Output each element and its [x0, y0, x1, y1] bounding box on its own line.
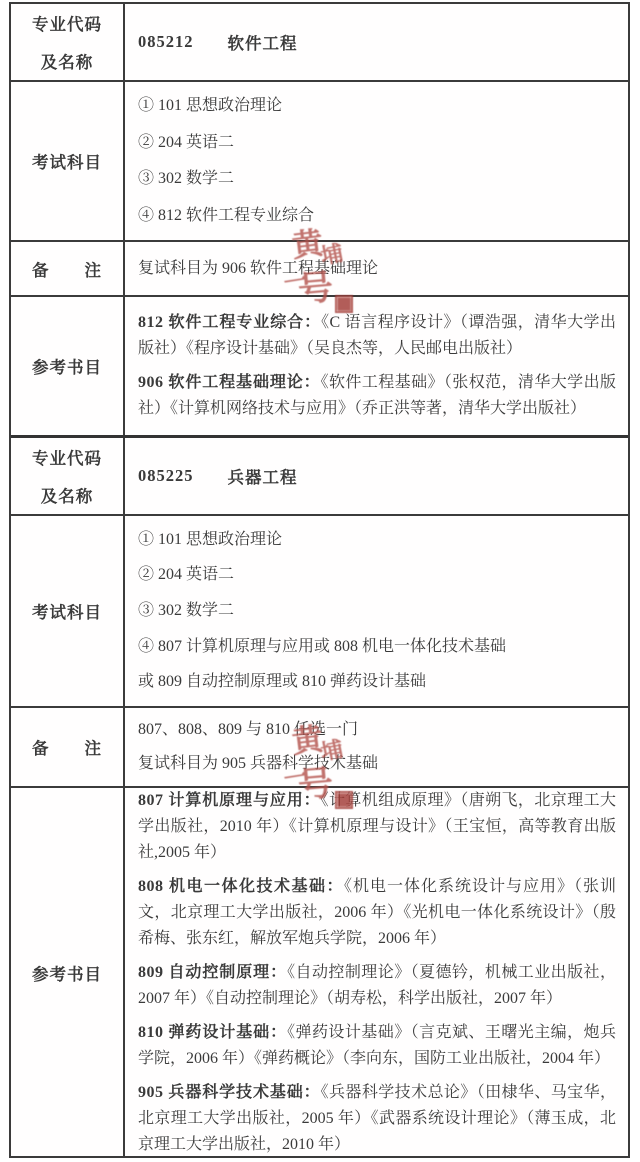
major-label: 专业代码 及名称 — [32, 11, 102, 73]
subjects-list-cell: ① 101 思想政治理论 ② 204 英语二 ③ 302 数学二 ④ 812 软… — [125, 82, 628, 240]
subject-item: ① 101 思想政治理论 — [138, 94, 628, 118]
book-entry: 906 软件工程基础理论：《软件工程基础》（张权范，清华大学出版社）《计算机网络… — [138, 370, 616, 422]
document-page: 专业代码 及名称 085212 软件工程 考试科目 ① 101 思想政治理论 ②… — [0, 0, 640, 1162]
book-entry: 905 兵器科学技术基础：《兵器科学技术总论》（田棣华、马宝华，北京理工大学出版… — [138, 1080, 616, 1158]
table-row-references-2: 参考书目 807 计算机原理与应用：《计算机组成原理》（唐朔飞，北京理工大学出版… — [11, 786, 628, 1158]
major-code: 085212 — [138, 32, 194, 52]
book-lead: 905 兵器科学技术基础： — [138, 1084, 321, 1101]
subject-item: ① 101 思想政治理论 — [138, 528, 628, 552]
note-label-char2: 注 — [85, 735, 103, 759]
subject-item: ④ 812 软件工程专业综合 — [138, 204, 628, 228]
book-lead: 809 自动控制原理： — [138, 964, 287, 981]
major-name: 兵器工程 — [228, 464, 298, 488]
subjects-label-cell: 考试科目 — [11, 516, 125, 706]
book-lead: 810 弹药设计基础： — [138, 1024, 287, 1041]
book-lead: 807 计算机原理与应用： — [138, 792, 321, 809]
major-label-cell: 专业代码 及名称 — [11, 438, 125, 514]
major-label-line1: 专业代码 — [32, 11, 102, 35]
book-lead: 808 机电一体化技术基础： — [138, 878, 344, 895]
references-label: 参考书目 — [32, 961, 102, 985]
table-row-major-1: 专业代码 及名称 085212 软件工程 — [11, 4, 628, 80]
subject-item: 或 809 自动控制原理或 810 弹药设计基础 — [138, 670, 628, 694]
major-value-cell: 085225 兵器工程 — [125, 438, 628, 514]
major-title: 085225 兵器工程 — [125, 464, 628, 488]
table-row-note-2: 备 注 807、808、809 与 810 任选一门 复试科目为 905 兵器科… — [11, 706, 628, 786]
subject-item: ③ 302 数学二 — [138, 167, 628, 191]
table-row-note-1: 备 注 复试科目为 906 软件工程基础理论 — [11, 240, 628, 295]
references-label: 参考书目 — [32, 354, 102, 378]
subject-item: ② 204 英语二 — [138, 563, 628, 587]
note-line: 复试科目为 906 软件工程基础理论 — [138, 257, 378, 281]
subject-item: ② 204 英语二 — [138, 131, 628, 155]
major-label-line2: 及名称 — [41, 49, 94, 73]
subject-item: ④ 807 计算机原理与应用或 808 机电一体化技术基础 — [138, 635, 628, 659]
table-row-major-2: 专业代码 及名称 085225 兵器工程 — [11, 435, 628, 514]
subjects-label: 考试科目 — [32, 149, 102, 173]
admission-info-table: 专业代码 及名称 085212 软件工程 考试科目 ① 101 思想政治理论 ②… — [9, 2, 630, 1158]
major-label-cell: 专业代码 及名称 — [11, 4, 125, 80]
note-line: 807、808、809 与 810 任选一门 — [138, 718, 358, 742]
references-content-cell: 812 软件工程专业综合：《C 语言程序设计》（谭浩强，清华大学出版社）《程序设… — [125, 297, 628, 435]
book-entry: 810 弹药设计基础：《弹药设计基础》（言克斌、王曙光主编，炮兵学院，2006 … — [138, 1020, 616, 1072]
note-label: 备 注 — [11, 257, 123, 281]
book-entry: 807 计算机原理与应用：《计算机组成原理》（唐朔飞，北京理工大学出版社，201… — [138, 788, 616, 866]
book-lead: 906 软件工程基础理论： — [138, 374, 321, 391]
note-content-cell: 807、808、809 与 810 任选一门 复试科目为 905 兵器科学技术基… — [125, 708, 628, 786]
references-label-cell: 参考书目 — [11, 788, 125, 1158]
book-entry: 808 机电一体化技术基础：《机电一体化系统设计与应用》（张训文，北京理工大学出… — [138, 874, 616, 952]
note-label-char2: 注 — [85, 257, 103, 281]
book-entry: 809 自动控制原理：《自动控制理论》（夏德钤，机械工业出版社，2007 年）《… — [138, 960, 616, 1012]
table-row-subjects-1: 考试科目 ① 101 思想政治理论 ② 204 英语二 ③ 302 数学二 ④ … — [11, 80, 628, 240]
note-content-cell: 复试科目为 906 软件工程基础理论 — [125, 242, 628, 295]
major-value-cell: 085212 软件工程 — [125, 4, 628, 80]
subjects-label: 考试科目 — [32, 599, 102, 623]
book-entry: 812 软件工程专业综合：《C 语言程序设计》（谭浩强，清华大学出版社）《程序设… — [138, 310, 616, 362]
note-label-cell: 备 注 — [11, 242, 125, 295]
table-row-subjects-2: 考试科目 ① 101 思想政治理论 ② 204 英语二 ③ 302 数学二 ④ … — [11, 514, 628, 706]
table-row-references-1: 参考书目 812 软件工程专业综合：《C 语言程序设计》（谭浩强，清华大学出版社… — [11, 295, 628, 435]
references-label-cell: 参考书目 — [11, 297, 125, 435]
references-content-cell: 807 计算机原理与应用：《计算机组成原理》（唐朔飞，北京理工大学出版社，201… — [125, 788, 628, 1158]
major-label: 专业代码 及名称 — [32, 445, 102, 507]
major-title: 085212 软件工程 — [125, 30, 628, 54]
note-label-cell: 备 注 — [11, 708, 125, 786]
book-lead: 812 软件工程专业综合： — [138, 314, 321, 331]
note-label: 备 注 — [11, 735, 123, 759]
note-label-char1: 备 — [32, 257, 50, 281]
subject-item: ③ 302 数学二 — [138, 599, 628, 623]
major-code: 085225 — [138, 466, 194, 486]
subjects-list-cell: ① 101 思想政治理论 ② 204 英语二 ③ 302 数学二 ④ 807 计… — [125, 516, 628, 706]
major-name: 软件工程 — [228, 30, 298, 54]
subjects-label-cell: 考试科目 — [11, 82, 125, 240]
note-line: 复试科目为 905 兵器科学技术基础 — [138, 752, 378, 776]
note-label-char1: 备 — [32, 735, 50, 759]
major-label-line1: 专业代码 — [32, 445, 102, 469]
major-label-line2: 及名称 — [41, 483, 94, 507]
